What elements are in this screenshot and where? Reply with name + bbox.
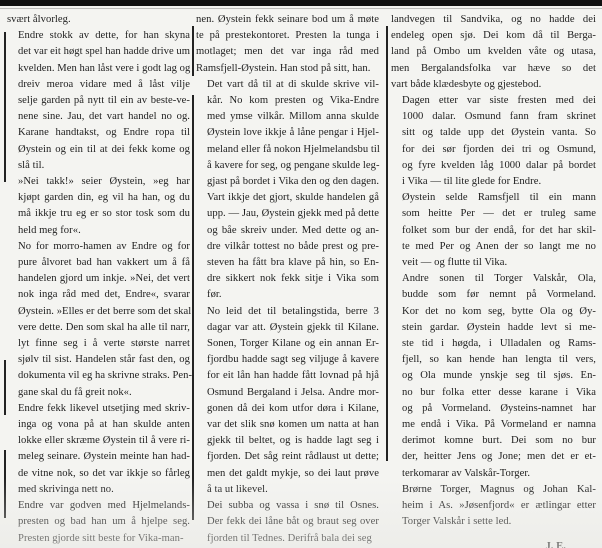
text-line: te med Per og Anen der so langt me no [391, 239, 596, 255]
paragraph: »Nei takk!» seier Øystein, »eg harkjøpt … [7, 174, 190, 239]
text-line: der, heitter Jens og Jone; men det er et… [391, 449, 596, 465]
text-line: gonen då dei kom utfor døra i Kilane, [196, 401, 379, 417]
paragraph: Dei subba og vassa i snø til Osnes.Der f… [196, 498, 379, 547]
text-line: å ta ut likevel. [196, 482, 379, 498]
paragraph: Endre fekk likevel utsetjing med skriv-i… [7, 401, 190, 498]
text-line: Endre fekk likevel utsetjing med skriv- [7, 401, 190, 417]
text-line: selje garden på nytt til ein av beste-ve… [7, 93, 190, 109]
author-signature: J. E. [391, 539, 596, 548]
text-line: Sonen, Torger Kilane og ein annan Er- [196, 336, 379, 352]
text-line: de vitne nok, so det var ikkje so fårleg [7, 466, 190, 482]
text-line: Presten gjorde sitt beste for Vika-man- [7, 531, 190, 547]
text-line: endeleg open sjø. Dei kom då til Berga- [391, 28, 596, 44]
text-line: Det vart då til at di skulde skrive vil- [196, 77, 379, 93]
text-line: men Bergalandsfolka var hæve so det [391, 61, 596, 77]
text-line: for eit lån han hadde fått lovnad på hjå [196, 368, 379, 384]
text-line: fjordbu hadde sagt seg viljuge å kavere [196, 352, 379, 368]
text-line: vere dette. Den som skal ha alle til nar… [7, 320, 190, 336]
text-line: derimot komne burt. Dei som no bur [391, 433, 596, 449]
text-line: dreiv meroa vidare med å låst vilje [7, 77, 190, 93]
text-line: Kor det no kom seg, bytte Ola og Øy- [391, 304, 596, 320]
paragraph: nen. Øystein fekk seinare bod um å møtet… [196, 12, 379, 77]
text-line: det var eit høgt spel han hadde drive um [7, 44, 190, 60]
text-line: Dagen etter var siste fresten med dei [391, 93, 596, 109]
text-line: meland eller få nokon Hjelmelandsbu til [196, 142, 379, 158]
paragraph: Brørne Torger, Magnus og Johan Kal-heim … [391, 482, 596, 531]
text-line: før. [196, 287, 379, 303]
text-line: upp. — Jau, Øystein gjekk med på dette [196, 206, 379, 222]
column-divider-left-b [4, 360, 6, 415]
text-line: meleg seinare. Øystein meinte han had- [7, 449, 190, 465]
text-line: svært ålvorleg. [7, 12, 190, 28]
column-divider-left-a [4, 32, 6, 182]
text-line: som heitte Per — det er truleg same [391, 206, 596, 222]
text-line: Endre stokk av dette, for han skyna [7, 28, 190, 44]
text-line: veit — og flutte til Vika. [391, 255, 596, 271]
text-column-2: nen. Øystein fekk seinare bod um å møtet… [196, 12, 379, 547]
text-line: Endre var godven med Hjelmelands- [7, 498, 190, 514]
text-line: ste tid i høgda, i Ulladalen og Rams- [391, 336, 596, 352]
top-rule-thin [0, 8, 602, 9]
text-line: kjøpt garden din, eg vil ha han, og du [7, 190, 190, 206]
paragraph: No leid det til betalingstida, berre 3da… [196, 304, 379, 498]
text-line: Brørne Torger, Magnus og Johan Kal- [391, 482, 596, 498]
text-line: heim i As. »Jøsenfjord« er ætlingar ette… [391, 498, 596, 514]
text-line: kvelden. Men han låst vere i godt lag og [7, 61, 190, 77]
text-line: fjorden. Det såg reint rådlaust ut dette… [196, 449, 379, 465]
paragraph: Dagen etter var siste fresten med dei100… [391, 93, 596, 190]
text-line: te på prestekontoret. Presten la tunga i [196, 28, 379, 44]
text-line: folket som bur der endå, for det har ski… [391, 223, 596, 239]
text-line: Øystein selde Ramsfjell til ein mann [391, 190, 596, 206]
text-line: Karane handtakst, og Endre ropa til [7, 125, 190, 141]
paragraph: No for morro-hamen av Endre og forpure å… [7, 239, 190, 401]
text-line: gane skal du få greit nok«. [7, 385, 190, 401]
paragraph: Endre stokk av dette, for han skynadet v… [7, 28, 190, 174]
text-line: nen. Øystein fekk seinare bod um å møte [196, 12, 379, 28]
text-line: pure ålvoret bad han vakkert um å få [7, 255, 190, 271]
text-line: og Ola munde ynskje seg til sjøs. En- [391, 368, 596, 384]
text-line: nene sine. Jau, det vart handel no og. [7, 109, 190, 125]
text-line: held meg for«. [7, 223, 190, 239]
paragraph: landvegen til Sandvika, og no hadde deie… [391, 12, 596, 93]
text-line: steven ha fått bra klave på hin, so En- [196, 255, 379, 271]
text-line: sjølv til sist. Handelen står fast den, … [7, 352, 190, 368]
text-line: presten og bad han um å hjelpe seg. [7, 514, 190, 530]
text-line: land på Ombo um kvelden våte og utasa, [391, 44, 596, 60]
text-line: men det galdt mykje, so dei laut prøve [196, 466, 379, 482]
text-line: no bur folka etter desse karane i Vika [391, 385, 596, 401]
text-line: Torger Valskår i sette led. [391, 514, 596, 530]
text-line: No leid det til betalingstida, berre 3 [196, 304, 379, 320]
column-divider-1b [192, 95, 194, 520]
text-line: Andre sonen til Torger Valskår, Ola, [391, 271, 596, 287]
text-line: Der fekk dei låne båt og braut seg over [196, 514, 379, 530]
text-line: Osmund Bergaland i Jelsa. Andre mor- [196, 385, 379, 401]
text-line: dre sikkert nok fekk sitje i Vika som [196, 271, 379, 287]
text-line: handelen gjord um inkje. »Nei, det vert [7, 271, 190, 287]
column-divider-left-c [4, 450, 6, 518]
text-line: med skrivinga nett no. [7, 482, 190, 498]
text-line: vart både klædesbyte og gjestebod. [391, 77, 596, 93]
paragraph: svært ålvorleg. [7, 12, 190, 28]
text-line: slå til. [7, 158, 190, 174]
text-line: dagar var att. Øystein gjekk til Kilane. [196, 320, 379, 336]
text-line: for dei sør fjorden dei tri og Osmund, [391, 142, 596, 158]
paragraph: Øystein selde Ramsfjell til ein mannsom … [391, 190, 596, 271]
text-line: i Vika — til lite glede for Endre. [391, 174, 596, 190]
text-line: med ymse vilkår. Millom anna skulde [196, 109, 379, 125]
paragraph: Endre var godven med Hjelmelands-presten… [7, 498, 190, 547]
text-line: Øystein. »Elles er det berre som det ska… [7, 304, 190, 320]
text-line: landvegen til Sandvika, og no hadde dei [391, 12, 596, 28]
text-line: lokke eller skræme Øystein til å vere ri… [7, 433, 190, 449]
top-rule [0, 0, 602, 6]
text-line: lyt finne seg i å verte største narret [7, 336, 190, 352]
text-line: 1000 dalar. Osmund fann fram skrinet [391, 109, 596, 125]
text-column-1: svært ålvorleg.Endre stokk av dette, for… [7, 12, 190, 547]
text-line: Øystein love ikkje å låne pengar i Hjel- [196, 125, 379, 141]
text-line: gjast på bordet i Vika den og den dagen. [196, 174, 379, 190]
column-divider-1 [192, 26, 194, 76]
text-line: terkomarar av Valskår-Torger. [391, 466, 596, 482]
text-line: var det slik snø komen um natta at han [196, 417, 379, 433]
text-line: og på Vormeland. Øysteins-namnet har [391, 401, 596, 417]
text-line: »Nei takk!» seier Øystein, »eg har [7, 174, 190, 190]
text-line: inga og vona på at han skulde anten [7, 417, 190, 433]
text-line: Øystein og ein til at dei fekk kome og [7, 142, 190, 158]
text-column-3: landvegen til Sandvika, og no hadde deie… [391, 12, 596, 548]
text-line: motlaget; men det var inga råd med [196, 44, 379, 60]
text-line: me endå i Vika. På Vormeland er namna [391, 417, 596, 433]
text-line: Dei subba og vassa i snø til Osnes. [196, 498, 379, 514]
text-line: kår. No kom presten og Vika-Endre [196, 93, 379, 109]
column-divider-2 [386, 26, 388, 461]
text-line: og båe skreiv under. Med dette og an- [196, 223, 379, 239]
text-line: stein gardar. Øystein hadde levt si me- [391, 320, 596, 336]
text-line: dokumenta vil eg ha skrivne straks. Pen- [7, 368, 190, 384]
text-line: nok inga råd med det, Endre«, svarar [7, 287, 190, 303]
text-line: Ramsfjell-Øystein. Han stod på sitt, han… [196, 61, 379, 77]
text-line: å kavere for seg, og pengane skulde leg- [196, 158, 379, 174]
text-line: fjorden til Tednes. Derifrå bala dei seg [196, 531, 379, 547]
text-line: No for morro-hamen av Endre og for [7, 239, 190, 255]
text-line: og fyre kvelden låg 1000 dalar på bordet [391, 158, 596, 174]
text-line: fjell, so kan hende han lengta til vers, [391, 352, 596, 368]
text-line: sitt og talde upp det Øystein vanta. So [391, 125, 596, 141]
paragraph: Det vart då til at di skulde skrive vil-… [196, 77, 379, 304]
text-line: Vart ikkje det gjort, skulde handelen gå [196, 190, 379, 206]
text-line: gjekk til beltet, og is hadde lagt seg i [196, 433, 379, 449]
paragraph: Andre sonen til Torger Valskår, Ola,budd… [391, 271, 596, 482]
text-line: må ikkje tru eg er so stor tosk som du [7, 206, 190, 222]
text-line: dre vilkår tottest no både prest og pre- [196, 239, 379, 255]
text-line: budde som før nemnt på Vormeland. [391, 287, 596, 303]
